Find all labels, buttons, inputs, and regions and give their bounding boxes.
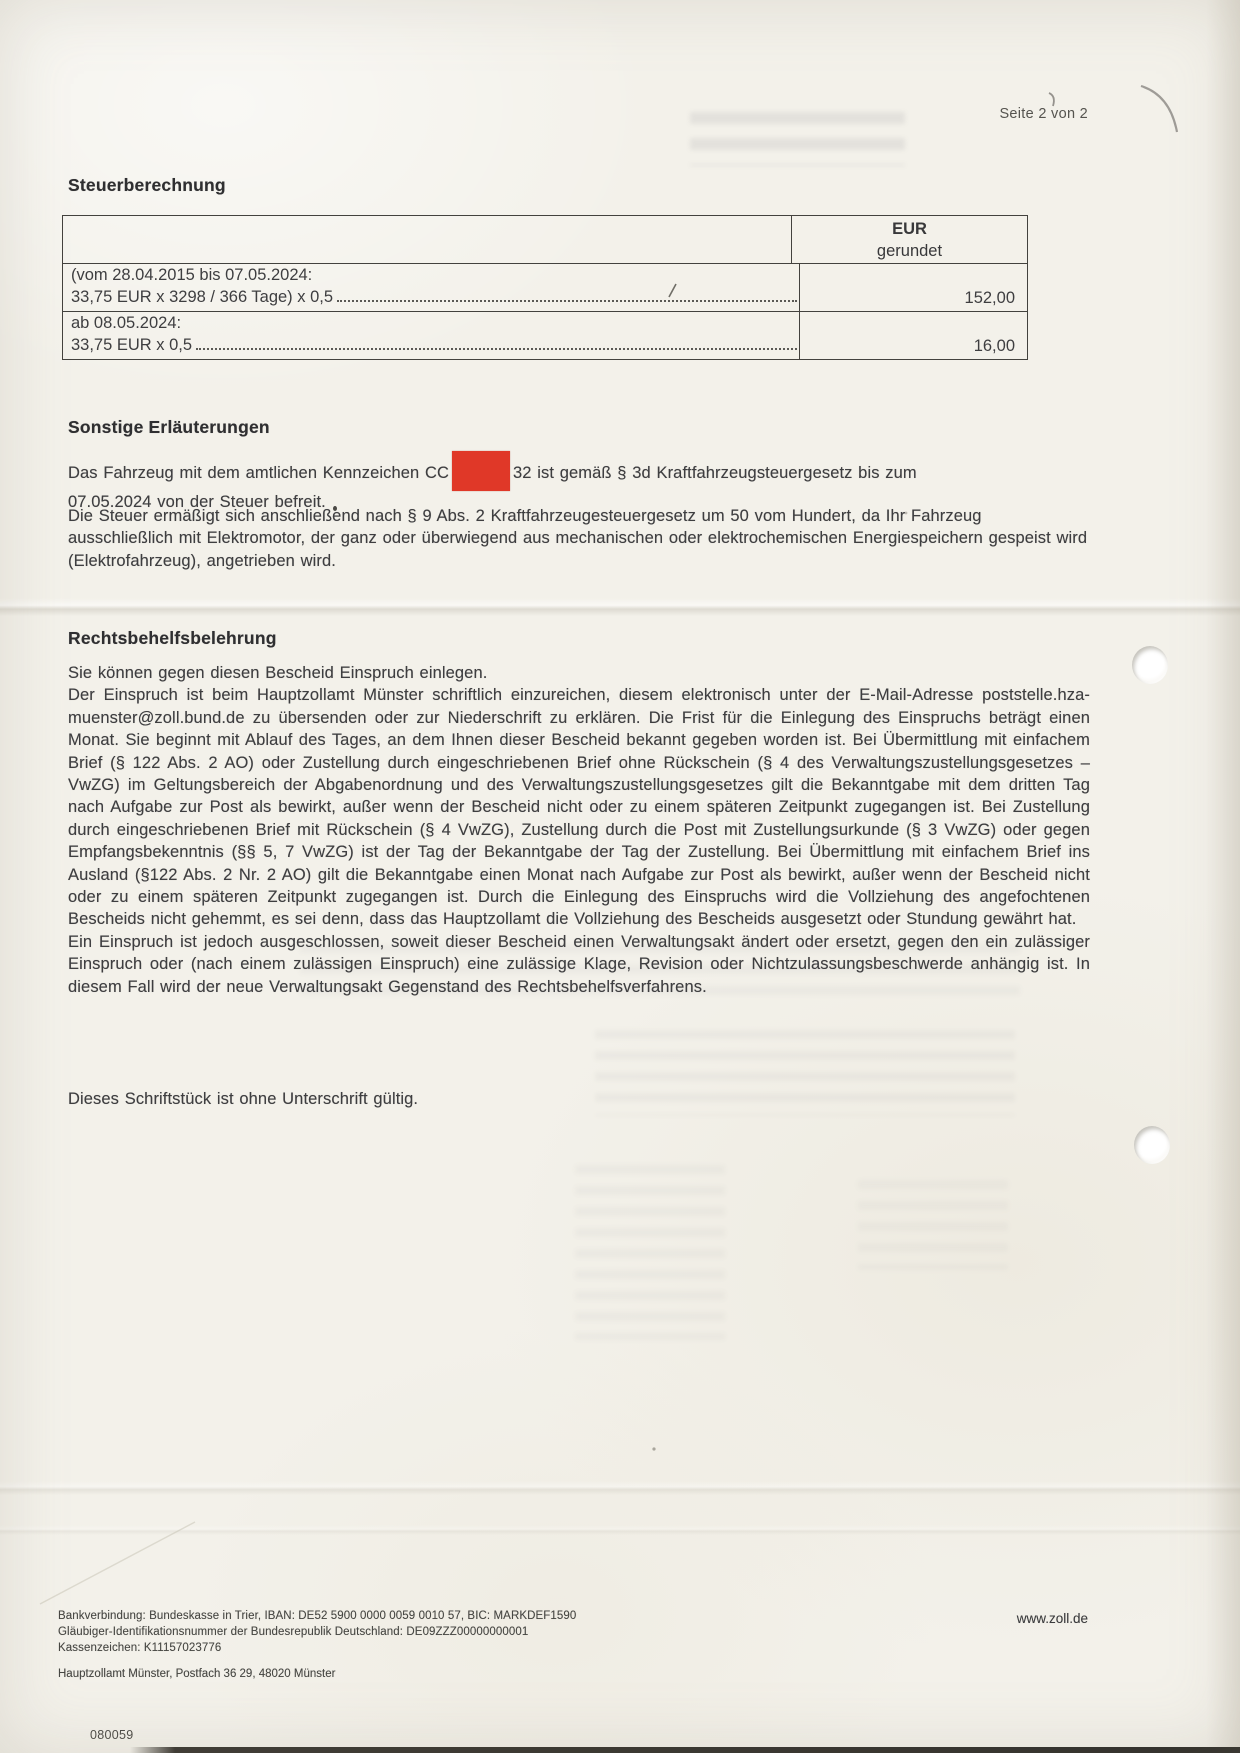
currency-label: EUR — [792, 218, 1027, 240]
corner-crease-line — [40, 1522, 195, 1604]
table-header-row: EUR gerundet — [63, 216, 1027, 264]
validity-note: Dieses Schriftstück ist ohne Unterschrif… — [68, 1088, 1090, 1110]
kennzeichen-text-prefix: Das Fahrzeug mit dem amtlichen Kennzeich… — [68, 464, 449, 482]
table-row: ab 08.05.2024: 33,75 EUR x 0,5 16,00 — [63, 312, 1027, 359]
table-row: (vom 28.04.2015 bis 07.05.2024: 33,75 EU… — [63, 264, 1027, 312]
redaction-box — [452, 451, 510, 491]
calc-amount: 16,00 — [800, 312, 1027, 359]
footer-creditor-line: Gläubiger-Identifikationsnummer der Bund… — [58, 1624, 576, 1640]
einspruch-paragraph-2: Ein Einspruch ist jedoch ausgeschlossen,… — [68, 931, 1090, 998]
calc-period-line: ab 08.05.2024: — [71, 313, 799, 335]
dust-speck — [652, 1447, 655, 1450]
small-mark-artifact — [1049, 93, 1054, 106]
dotted-leader — [196, 347, 797, 350]
section-heading-sonstige: Sonstige Erläuterungen — [68, 417, 270, 438]
footer-website: www.zoll.de — [900, 1611, 1088, 1626]
einspruch-intro-line: Sie können gegen diesen Bescheid Einspru… — [68, 662, 1090, 684]
calc-amount: 152,00 — [800, 264, 1027, 311]
section-heading-steuerberechnung: Steuerberechnung — [68, 175, 226, 196]
footer-office-line: Hauptzollamt Münster, Postfach 36 29, 48… — [58, 1668, 335, 1680]
hair-artifact — [1141, 86, 1177, 132]
page-edge-shadow — [1206, 0, 1240, 1753]
calc-formula-line: 33,75 EUR x 3298 / 366 Tage) x 0,5 — [71, 287, 333, 309]
section-heading-rechtsbehelf: Rechtsbehelfsbelehrung — [68, 628, 277, 649]
form-code: 080059 — [90, 1728, 134, 1742]
paper-crease — [0, 598, 1240, 616]
calc-formula-line: 33,75 EUR x 0,5 — [71, 335, 192, 357]
paper-crease — [0, 1481, 1240, 1495]
table-header-eur-cell: EUR gerundet — [792, 216, 1027, 263]
calc-period-line: (vom 28.04.2015 bis 07.05.2024: — [71, 265, 799, 287]
table-header-empty-cell — [63, 216, 792, 263]
rechtsbehelf-text-block: Sie können gegen diesen Bescheid Einspru… — [68, 662, 1090, 998]
punch-hole — [1132, 646, 1168, 684]
paragraph-ermaessigung: Die Steuer ermäßigt sich anschließend na… — [68, 505, 1090, 572]
rounded-label: gerundet — [792, 240, 1027, 262]
dotted-leader — [337, 299, 797, 302]
tax-calculation-table: EUR gerundet (vom 28.04.2015 bis 07.05.2… — [62, 215, 1028, 360]
footer-kassenzeichen-line: Kassenzeichen: K11157023776 — [58, 1640, 576, 1656]
footer-bank-block: Bankverbindung: Bundeskasse in Trier, IB… — [58, 1608, 576, 1656]
scan-bottom-edge — [0, 1747, 1240, 1753]
ghost-bleedthrough-block — [858, 1180, 1008, 1270]
scanned-document-page: Seite 2 von 2 Steuerberechnung EUR gerun… — [0, 0, 1240, 1753]
kennzeichen-text-suffix: 32 ist gemäß § 3d Kraftfahrzeugsteuerges… — [513, 464, 917, 482]
ghost-bleedthrough-header — [690, 112, 905, 166]
punch-hole — [1134, 1126, 1170, 1164]
footer-bank-line: Bankverbindung: Bundeskasse in Trier, IB… — [58, 1608, 576, 1624]
einspruch-paragraph-1: Der Einspruch ist beim Hauptzollamt Müns… — [68, 684, 1090, 930]
paper-crease — [0, 1525, 1240, 1535]
page-number: Seite 2 von 2 — [900, 106, 1088, 122]
ghost-bleedthrough-column — [575, 1165, 725, 1340]
